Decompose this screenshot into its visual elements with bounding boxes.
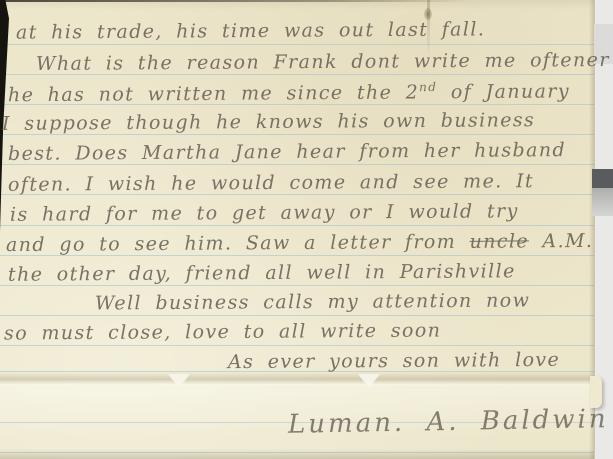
handwritten-line-5: best. Does Martha Jane hear from her hus… [8,139,566,165]
handwritten-line-10: Well business calls my attention now [95,289,530,314]
ruled-line [0,44,594,45]
line-8-pre: and go to see him. Saw a letter from [6,231,470,256]
scanner-margin-dark-band [592,169,613,188]
handwritten-line-4: I suppose though he knows his own busine… [2,109,535,135]
handwritten-line-1: at his trade, his time was out last fall… [16,18,485,43]
fold-crease [0,372,594,388]
handwritten-line-7: is hard for me to get away or I would tr… [10,200,519,226]
handwritten-line-8: and go to see him. Saw a letter from unc… [6,230,593,256]
bottom-shadow [0,449,594,459]
superscript-nd: nd [419,80,437,94]
scanner-margin-mid-band [592,188,613,216]
ruled-line [0,315,594,316]
handwritten-line-3: he has not written me since the 2nd of J… [8,79,570,106]
scan-top-edge-line [0,0,470,2]
line-8-post: A.M. [529,230,593,252]
paper-fold-bulge [590,376,602,408]
scanned-letter: at his trade, his time was out last fall… [0,0,613,459]
signature-line: Luman. A. Baldwin [288,404,609,440]
handwritten-line-6: often. I wish he would come and see me. … [8,170,534,196]
handwritten-line-12: As ever yours son with love [228,349,560,373]
struck-word: uncle [470,230,530,252]
ruled-line [0,345,594,346]
line-3-post: of January [437,80,570,103]
handwritten-line-9: the other day, friend all well in Parish… [8,260,516,286]
handwritten-line-2: What is the reason Frank dont write me o… [36,49,610,75]
line-3-pre: he has not written me since the 2 [8,81,419,106]
handwritten-line-11: so must close, love to all write soon [4,319,441,344]
